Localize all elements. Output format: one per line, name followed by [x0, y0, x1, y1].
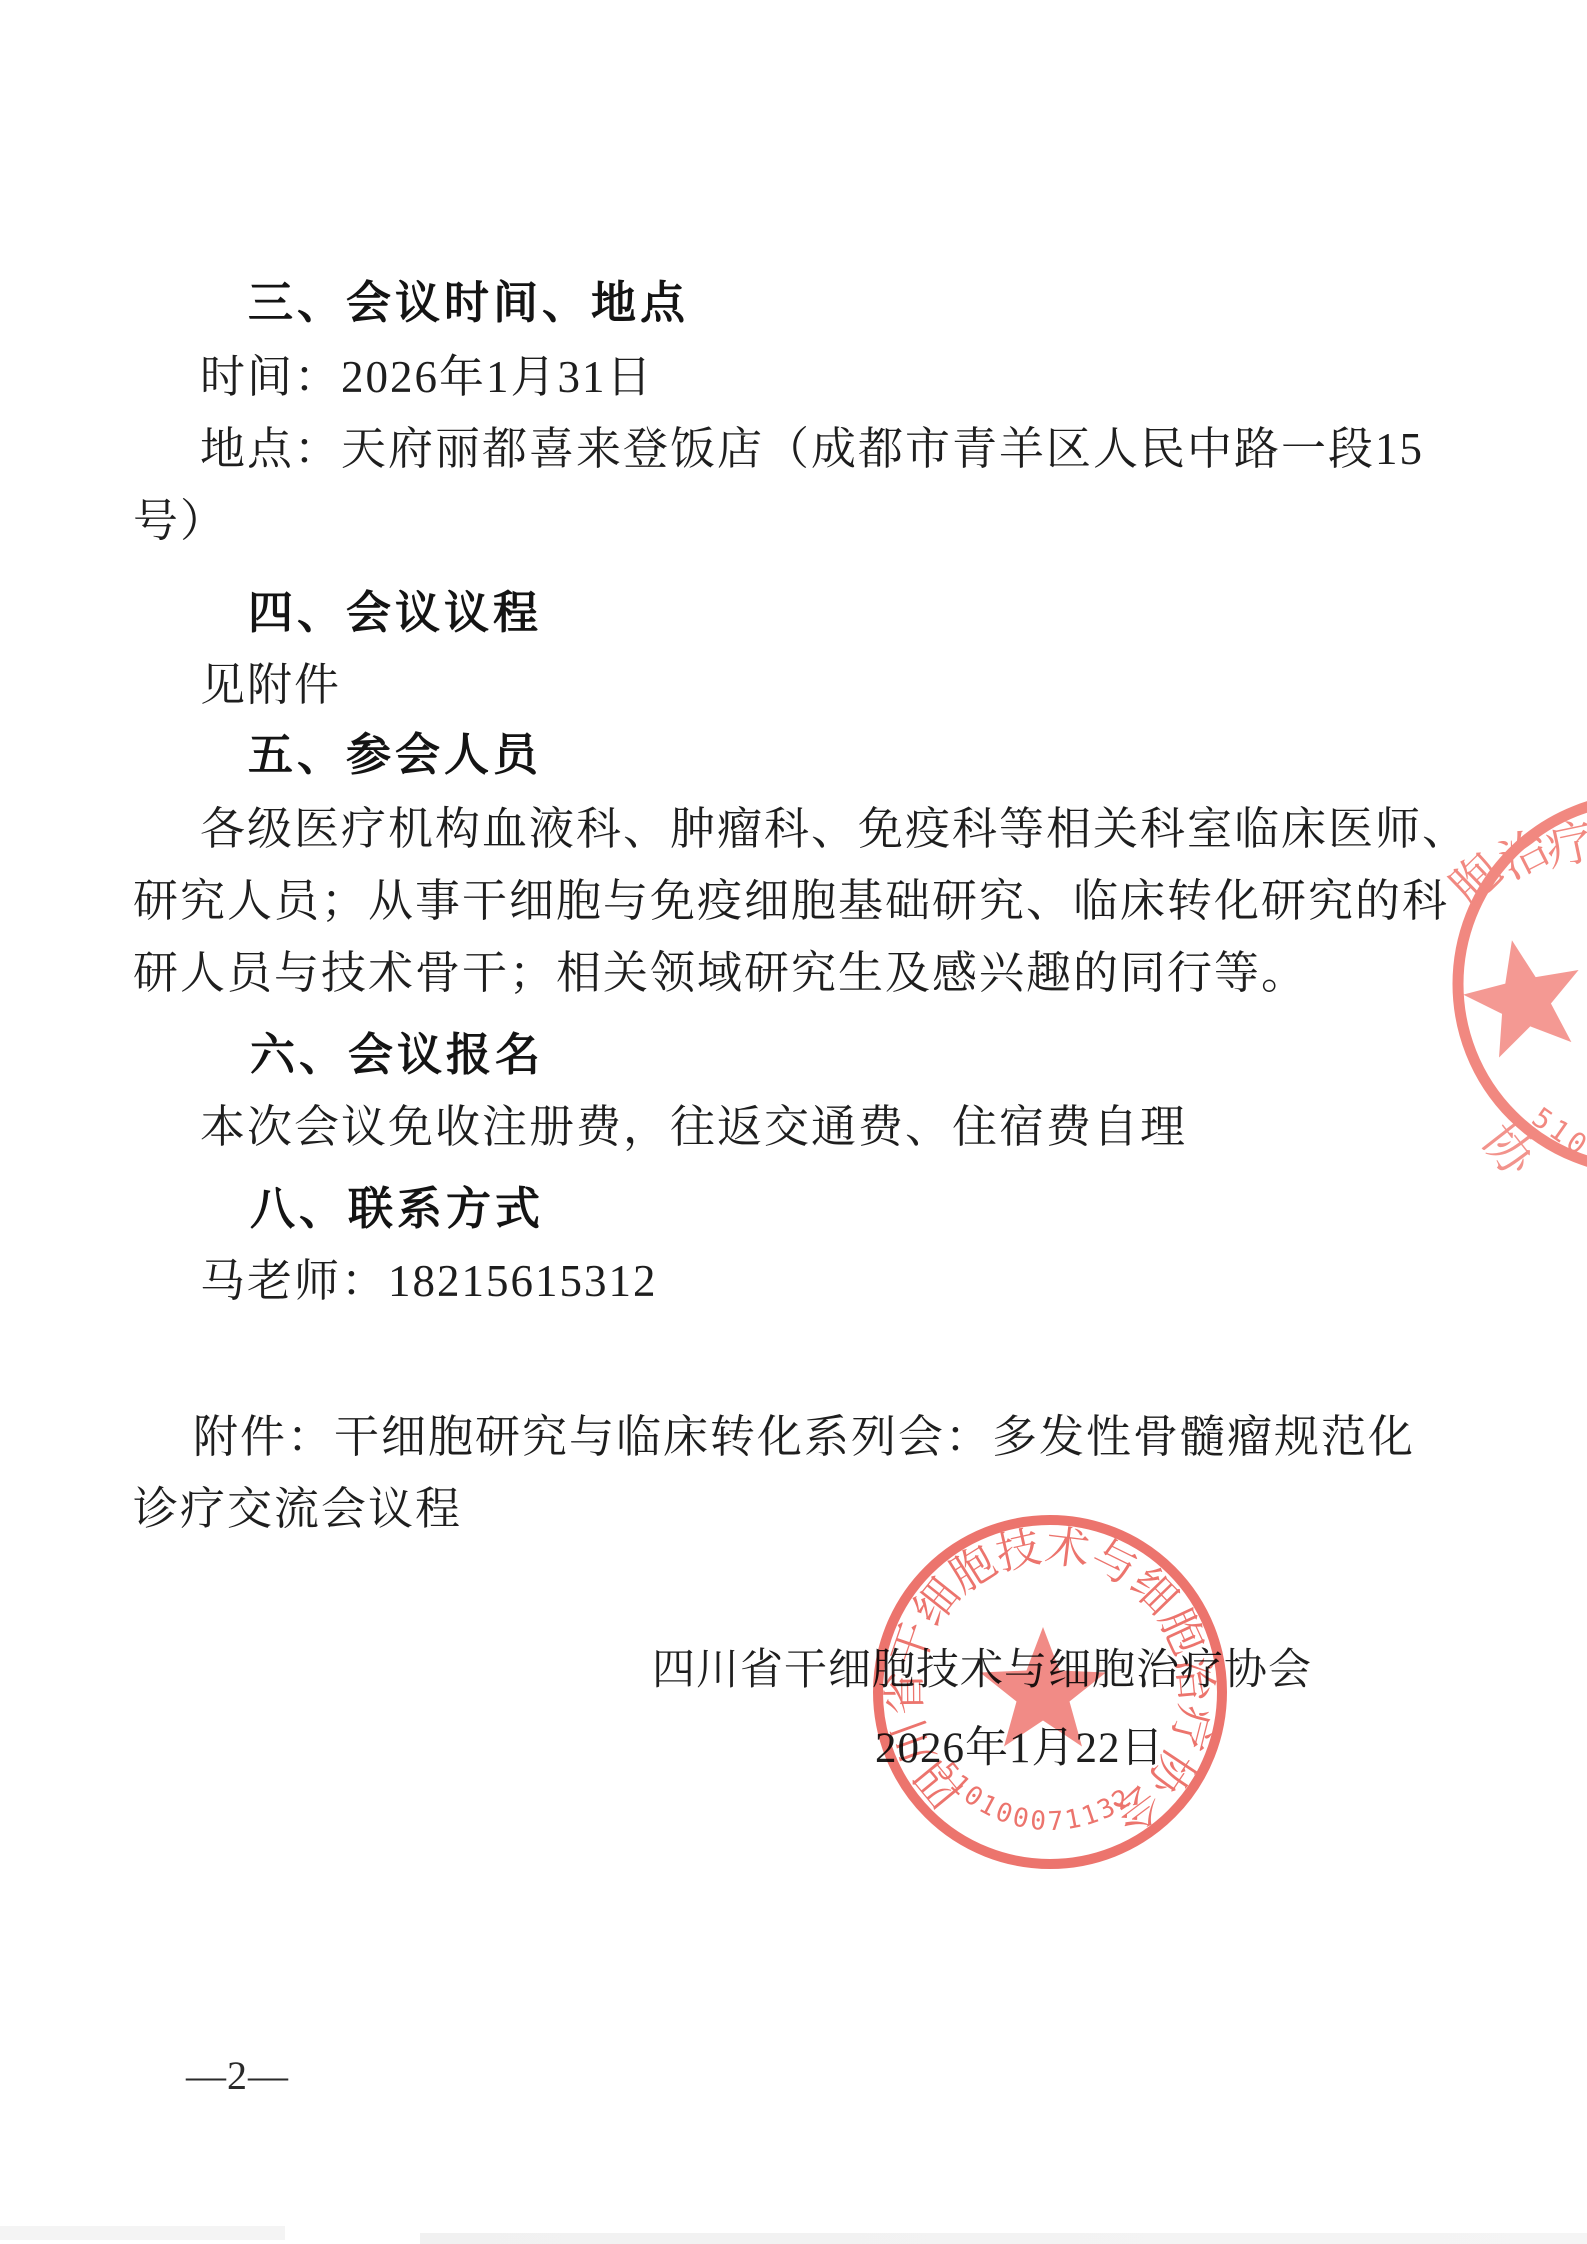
section-6-heading: 六、会议报名: [250, 1018, 544, 1083]
meeting-place-line-2: 号）: [133, 484, 227, 549]
signature-date: 2026年1月22日: [875, 1714, 1165, 1775]
section-5-heading: 五、参会人员: [248, 718, 542, 783]
contact-phone-line: 马老师：18215615312: [200, 1244, 658, 1309]
seal-fragment-code: 510: [1526, 1101, 1587, 1164]
attachment-line-2: 诊疗交流会议程: [133, 1472, 462, 1537]
scan-artifact-smudge: [0, 2226, 285, 2240]
meeting-place-line-1: 地点：天府丽都喜来登饭店（成都市青羊区人民中路一段15: [200, 412, 1424, 477]
seal-fragment-char-2: 治: [1491, 820, 1560, 890]
signature-org-name: 四川省干细胞技术与细胞治疗协会: [652, 1636, 1312, 1697]
section-8-heading: 八、联系方式: [250, 1172, 544, 1237]
seal-fragment-ring: [1458, 798, 1587, 1170]
seal-fragment-bottom-char: 协: [1471, 1112, 1547, 1187]
seal-fragment-star: [1454, 928, 1587, 1062]
document-page: 三、会议时间、地点 时间：2026年1月31日 地点：天府丽都喜来登饭店（成都市…: [0, 0, 1587, 2244]
page-number: —2—: [186, 2052, 289, 2099]
section-4-body: 见附件: [200, 648, 341, 713]
section-5-line-2: 研究人员；从事干细胞与免疫细胞基础研究、临床转化研究的科: [133, 864, 1449, 929]
section-3-heading: 三、会议时间、地点: [248, 266, 689, 331]
seal-fragment-char-3: 疗: [1541, 815, 1587, 877]
meeting-time-line: 时间：2026年1月31日: [200, 340, 654, 405]
section-6-body: 本次会议免收注册费，往返交通费、住宿费自理: [200, 1090, 1187, 1155]
attachment-line-1: 附件：干细胞研究与临床转化系列会：多发性骨髓瘤规范化: [193, 1400, 1415, 1465]
section-5-line-1: 各级医疗机构血液科、肿瘤科、免疫科等相关科室临床医师、: [200, 792, 1469, 857]
section-4-heading: 四、会议议程: [248, 576, 542, 641]
section-5-line-3: 研人员与技术骨干；相关领域研究生及感兴趣的同行等。: [133, 936, 1308, 1001]
scan-artifact-strip: [420, 2233, 1587, 2244]
